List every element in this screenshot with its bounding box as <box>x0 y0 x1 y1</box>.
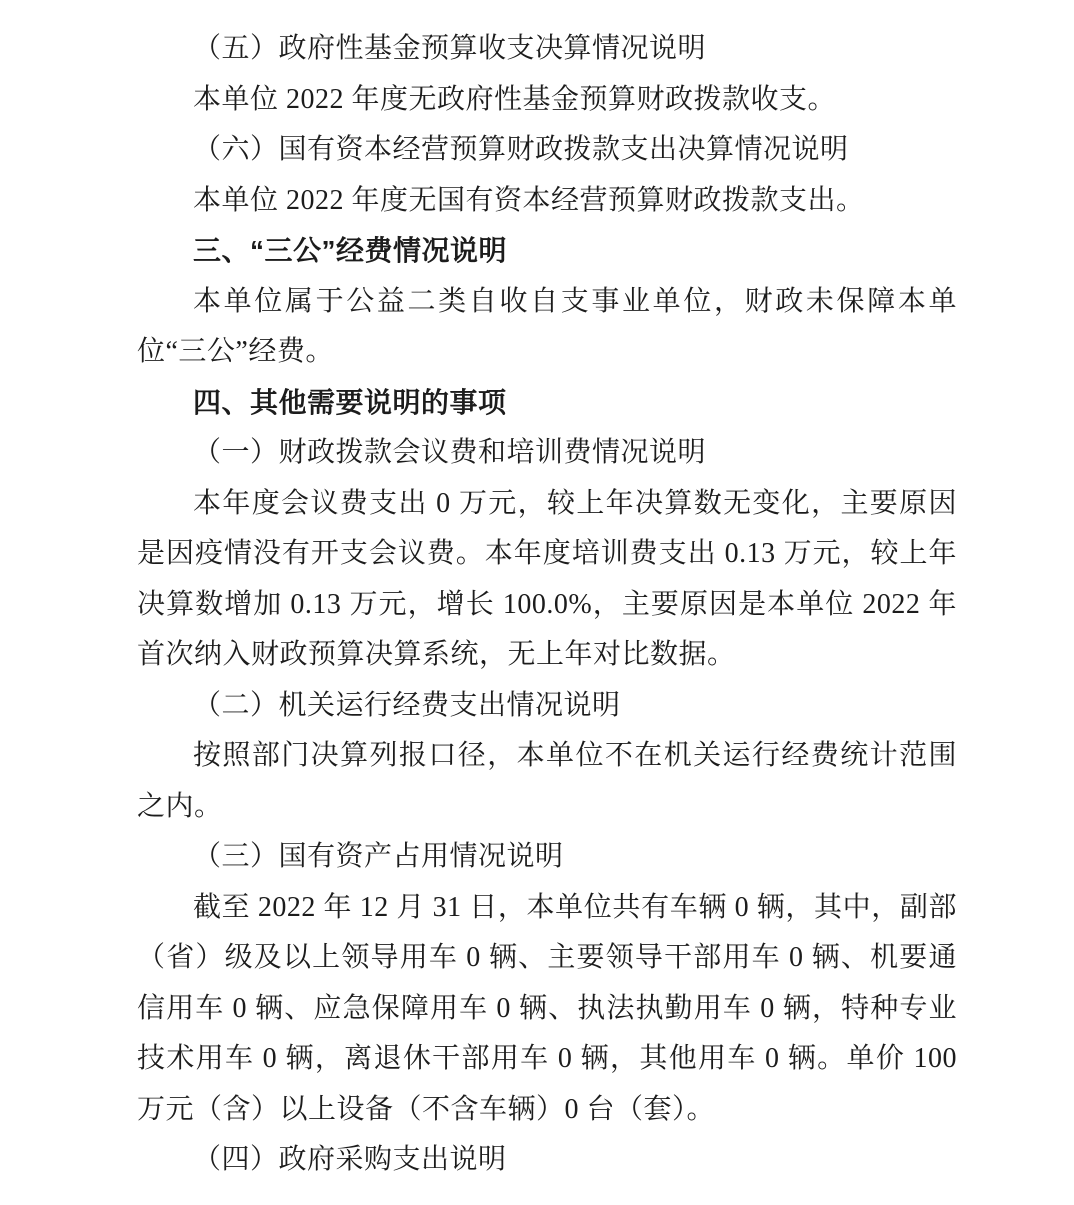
paragraph-agency-operating-cost: 按照部门决算列报口径，本单位不在机关运行经费统计范围之内。 <box>137 731 957 832</box>
paragraph-three-public-funds: 本单位属于公益二类自收自支事业单位，财政未保障本单位“三公”经费。 <box>137 277 957 378</box>
subsection-title-4: （四）政府采购支出说明 <box>137 1135 957 1186</box>
paragraph-meeting-training-fees: 本年度会议费支出 0 万元，较上年决算数无变化，主要原因是因疫情没有开支会议费。… <box>137 479 957 681</box>
section-title-3-three-public: 三、“三公”经费情况说明 <box>137 226 957 277</box>
document-page: （五）政府性基金预算收支决算情况说明 本单位 2022 年度无政府性基金预算财政… <box>0 0 1074 1205</box>
subsection-title-3: （三）国有资产占用情况说明 <box>137 832 957 883</box>
paragraph-state-assets-usage: 截至 2022 年 12 月 31 日，本单位共有车辆 0 辆，其中，副部（省）… <box>137 883 957 1136</box>
subsection-title-6: （六）国有资本经营预算财政拨款支出决算情况说明 <box>137 125 957 176</box>
section-title-4-other-matters: 四、其他需要说明的事项 <box>137 378 957 429</box>
subsection-title-2: （二）机关运行经费支出情况说明 <box>137 681 957 732</box>
paragraph-state-capital-budget: 本单位 2022 年度无国有资本经营预算财政拨款支出。 <box>137 176 957 227</box>
paragraph-gov-fund-budget: 本单位 2022 年度无政府性基金预算财政拨款收支。 <box>137 75 957 126</box>
subsection-title-1: （一）财政拨款会议费和培训费情况说明 <box>137 428 957 479</box>
subsection-title-5: （五）政府性基金预算收支决算情况说明 <box>137 24 957 75</box>
